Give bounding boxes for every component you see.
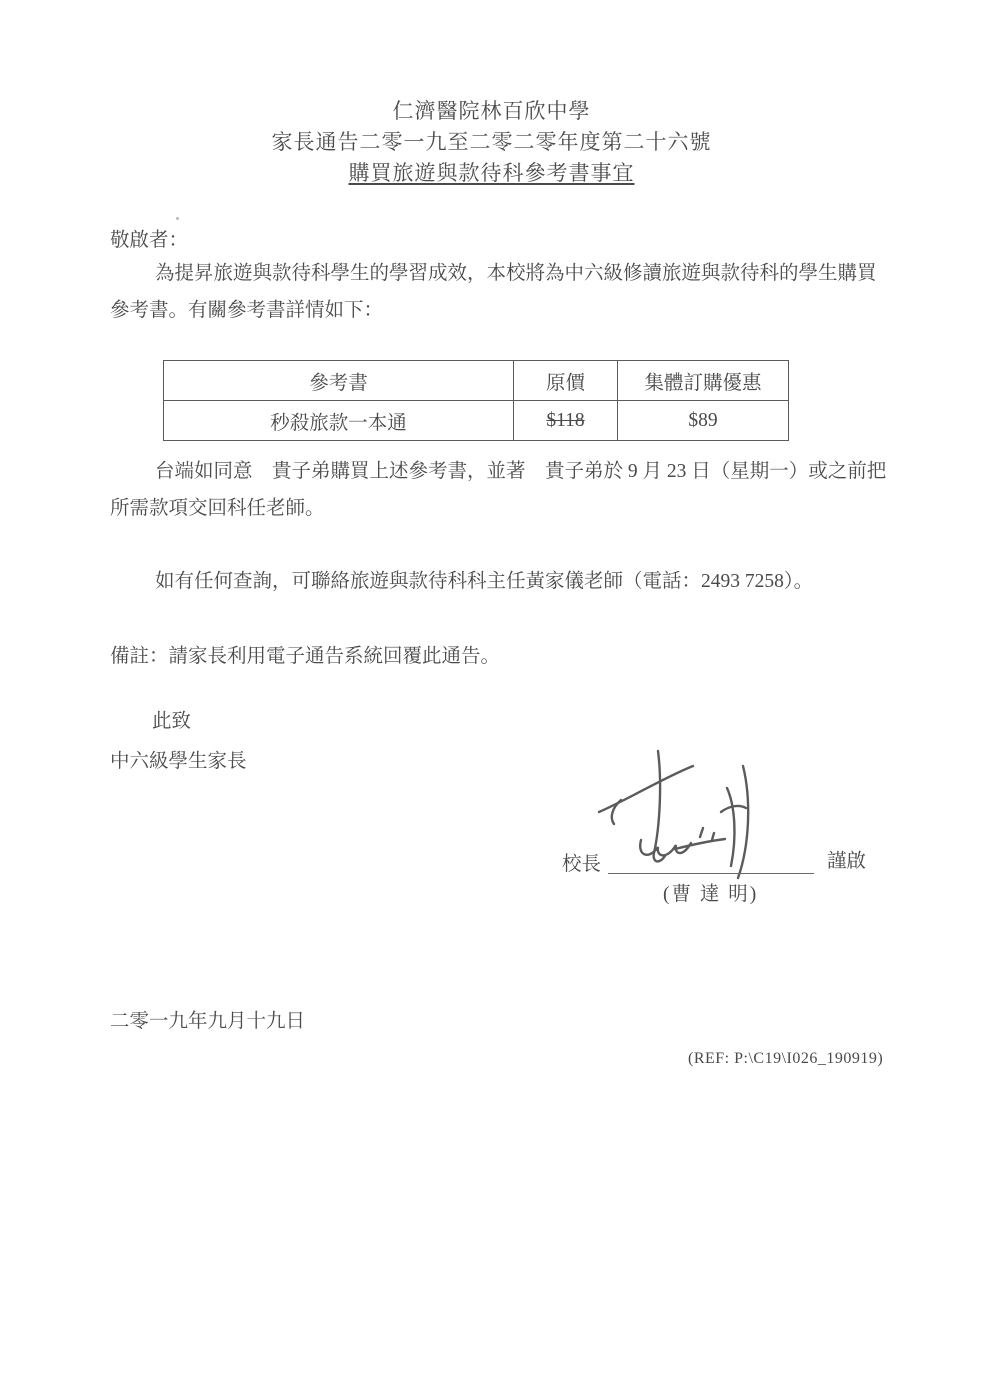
reference-code: (REF: P:\C19\I026_190919): [688, 1050, 883, 1068]
col-header-book: 參考書: [164, 361, 514, 401]
notice-subject: 購買旅遊與款待科參考書事宜: [0, 158, 983, 189]
price-table: 參考書 原價 集體訂購優惠 秒殺旅款一本通 $118 $89: [163, 360, 789, 441]
scan-speck: [176, 217, 179, 220]
closing-recipient: 中六級學生家長: [110, 743, 247, 780]
cell-book-title: 秒殺旅款一本通: [164, 401, 514, 441]
school-name: 仁濟醫院林百欣中學: [0, 96, 983, 127]
salutation: 敬啟者：: [110, 222, 188, 259]
cell-original-price: $118: [514, 401, 618, 441]
table-row: 秒殺旅款一本通 $118 $89: [164, 401, 789, 441]
remark-line: 備註：請家長利用電子通告系統回覆此通告。: [110, 638, 500, 675]
closing-cizhi: 此致: [152, 703, 191, 740]
notice-date: 二零一九年九月十九日: [110, 1003, 305, 1040]
signature-line: [608, 873, 814, 874]
scanned-notice-page: 仁濟醫院林百欣中學 家長通告二零一九至二零二零年度第二十六號 購買旅遊與款待科參…: [0, 0, 983, 1391]
paragraph-intro: 為提昇旅遊與款待科學生的學習成效，本校將為中六級修讀旅遊與款待科的學生購買參考書…: [110, 255, 888, 329]
document-header: 仁濟醫院林百欣中學 家長通告二零一九至二零二零年度第二十六號 購買旅遊與款待科參…: [0, 96, 983, 189]
signature-title: 校長: [562, 848, 601, 876]
table-header-row: 參考書 原價 集體訂購優惠: [164, 361, 789, 401]
col-header-original-price: 原價: [514, 361, 618, 401]
notice-number: 家長通告二零一九至二零二零年度第二十六號: [0, 127, 983, 158]
paragraph-consent: 台端如同意 貴子弟購買上述參考書，並著 貴子弟於 9 月 23 日（星期一）或之…: [110, 453, 892, 527]
struck-price: $118: [546, 410, 584, 431]
col-header-group-discount: 集體訂購優惠: [618, 361, 789, 401]
principal-signature-ink: [585, 748, 795, 886]
principal-name: (曹 達 明): [663, 878, 758, 906]
cell-group-price: $89: [618, 401, 789, 441]
signature-respectfully: 謹啟: [827, 845, 866, 873]
paragraph-enquiry: 如有任何查詢，可聯絡旅遊與款待科科主任黃家儀老師（電話：2493 7258）。: [110, 563, 892, 600]
